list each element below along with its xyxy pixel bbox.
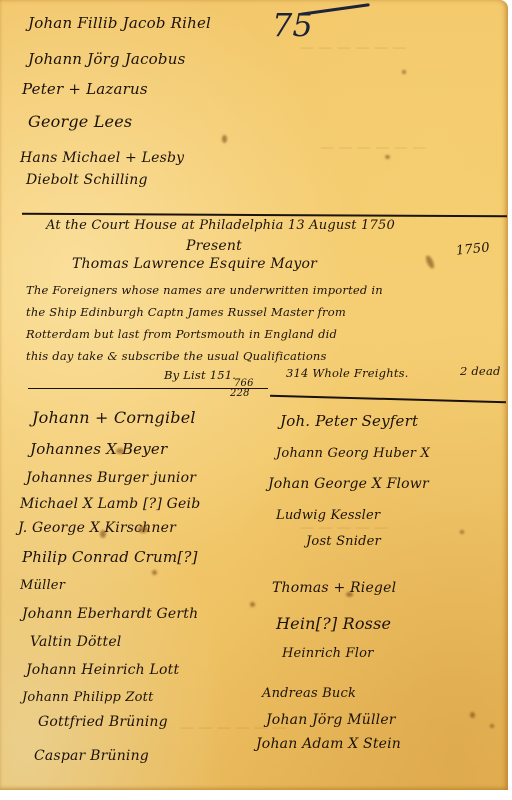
header-year: 1750	[455, 240, 490, 258]
ink-stain	[470, 712, 475, 718]
signature: Peter + Lazarus	[22, 80, 148, 98]
present-label: Present	[186, 238, 242, 254]
signature-left: Müller	[20, 578, 65, 593]
signature-left: J. George X Kirschner	[18, 520, 176, 536]
header-line: At the Court House at Philadelphia 13 Au…	[46, 218, 395, 233]
magistrate-line: Thomas Lawrence Esquire Mayor	[72, 256, 317, 272]
signature-right: Johann Georg Huber X	[276, 446, 430, 461]
signature-right: Johan Jörg Müller	[266, 712, 396, 728]
tally-dead: 2 dead	[460, 364, 501, 378]
signature-left: Johann Heinrich Lott	[26, 662, 179, 678]
signature: Johann Jörg Jacobus	[28, 50, 185, 68]
signature-left: Philip Conrad Crum[?]	[22, 548, 198, 566]
tally-by-list: By List 151.	[164, 368, 236, 382]
body-line: Rotterdam but last from Portsmouth in En…	[26, 327, 337, 341]
ink-stain	[385, 155, 390, 159]
signature-right: Ludwig Kessler	[276, 508, 380, 523]
signature-right: Jost Snider	[306, 534, 381, 549]
signature: George Lees	[28, 112, 132, 131]
tally-sum-bottom: 228	[230, 388, 250, 399]
signature: Johan Fillib Jacob Rihel	[28, 14, 211, 32]
signature-left: Valtin Döttel	[30, 634, 122, 650]
body-line: The Foreigners whose names are underwrit…	[26, 283, 383, 297]
ink-stain	[100, 530, 106, 538]
signature-left: Johannes Burger junior	[26, 470, 196, 486]
manuscript-page: — — — — — — — — — — — — — — — — — — — — …	[0, 0, 508, 790]
signature-left: Johannes X Beyer	[30, 440, 167, 458]
right-column-rule	[270, 395, 506, 403]
ink-stain	[250, 602, 255, 607]
ink-stain	[152, 570, 157, 575]
ink-stain	[346, 592, 353, 597]
signature-right: Heinrich Flor	[282, 646, 374, 661]
signature-right: Johan George X Flowr	[268, 476, 429, 492]
ink-stain	[222, 135, 227, 143]
ink-stain	[424, 254, 435, 269]
signature: Hans Michael + Lesby	[20, 150, 184, 166]
signature-left: Johann Philipp Zott	[22, 690, 154, 705]
left-column-rule	[28, 388, 268, 389]
signature-left: Gottfried Brüning	[38, 714, 168, 730]
body-line: this day take & subscribe the usual Qual…	[26, 349, 327, 363]
signature-right: Johan Adam X Stein	[256, 736, 401, 752]
ink-stain	[402, 70, 406, 74]
signature-left: Johann Eberhardt Gerth	[22, 606, 198, 622]
body-line: the Ship Edinburgh Captn James Russel Ma…	[26, 305, 346, 319]
signature-right: Andreas Buck	[262, 686, 356, 701]
header-rule	[22, 213, 507, 217]
signature-right: Hein[?] Rosse	[276, 614, 391, 633]
ink-stain	[138, 526, 148, 533]
bleed-through-text: — — — — — —	[300, 40, 406, 56]
ink-stain	[460, 530, 464, 534]
signature-right: Joh. Peter Seyfert	[280, 412, 418, 430]
signature: Diebolt Schilling	[26, 172, 148, 188]
signature-left: Johann + Corngibel	[32, 408, 196, 427]
ink-stain	[490, 724, 494, 728]
signature-left: Michael X Lamb [?] Geib	[20, 496, 200, 512]
bleed-through-text: — — — — — —	[320, 140, 426, 156]
ink-stain	[116, 448, 124, 454]
tally-whole-freights: 314 Whole Freights.	[286, 366, 409, 380]
signature-right: Thomas + Riegel	[272, 580, 396, 596]
signature-left: Caspar Brüning	[34, 748, 149, 764]
